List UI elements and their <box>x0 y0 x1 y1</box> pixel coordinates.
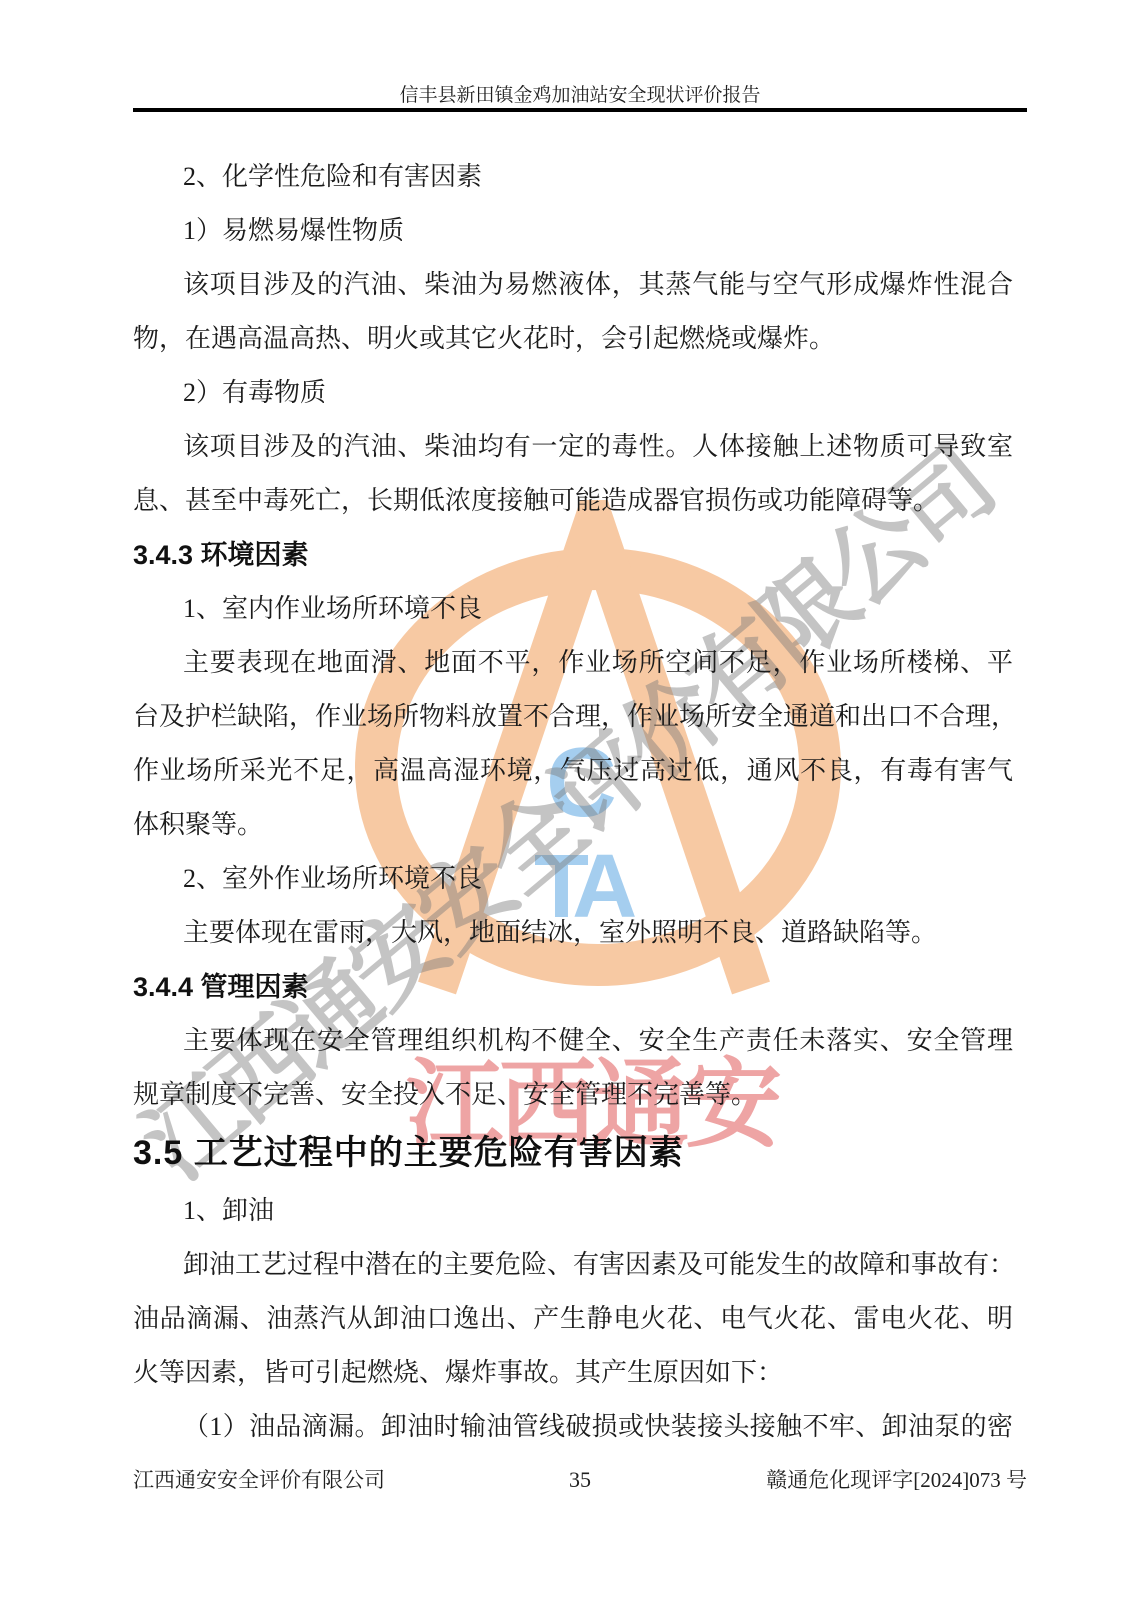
text-line: 台及护栏缺陷，作业场所物料放置不合理，作业场所安全通道和出口不合理， <box>133 690 1013 744</box>
text-line: 1、室内作业场所环境不良 <box>133 582 1013 636</box>
text-line: 2、化学性危险和有害因素 <box>133 150 1013 204</box>
text-line: 1、卸油 <box>133 1184 1013 1238</box>
text-line: 油品滴漏、油蒸汽从卸油口逸出、产生静电火花、电气火花、雷电火花、明 <box>133 1292 1013 1346</box>
text-line: 火等因素，皆可引起燃烧、爆炸事故。其产生原因如下： <box>133 1346 1013 1400</box>
text-line: 主要体现在安全管理组织机构不健全、安全生产责任未落实、安全管理 <box>133 1014 1013 1068</box>
footer-doc-number: 赣通危化现评字[2024]073 号 <box>766 1462 1027 1498</box>
text-line: 该项目涉及的汽油、柴油为易燃液体，其蒸气能与空气形成爆炸性混合 <box>133 258 1013 312</box>
text-line: 主要表现在地面滑、地面不平，作业场所空间不足，作业场所楼梯、平 <box>133 636 1013 690</box>
section-heading-3-5: 3.5 工艺过程中的主要危险有害因素 <box>133 1122 1013 1184</box>
body-text: 2、化学性危险和有害因素 1）易燃易爆性物质 该项目涉及的汽油、柴油为易燃液体，… <box>133 150 1013 1454</box>
text-line: 息、甚至中毒死亡，长期低浓度接触可能造成器官损伤或功能障碍等。 <box>133 474 1013 528</box>
page-footer: 江西通安安全评价有限公司 35 赣通危化现评字[2024]073 号 <box>133 1462 1027 1498</box>
text-line: 2、室外作业场所环境不良 <box>133 852 1013 906</box>
text-line: 2）有毒物质 <box>133 366 1013 420</box>
text-line: 规章制度不完善、安全投入不足、安全管理不完善等。 <box>133 1068 1013 1122</box>
header-rule <box>133 108 1027 112</box>
document-content: 信丰县新田镇金鸡加油站安全现状评价报告 2、化学性危险和有害因素 1）易燃易爆性… <box>0 0 1131 1600</box>
text-line: 作业场所采光不足，高温高湿环境，气压过高过低，通风不良，有毒有害气 <box>133 744 1013 798</box>
section-heading-3-4-3: 3.4.3 环境因素 <box>133 528 1013 582</box>
text-line: 体积聚等。 <box>133 798 1013 852</box>
text-line: 1）易燃易爆性物质 <box>133 204 1013 258</box>
section-heading-3-4-4: 3.4.4 管理因素 <box>133 960 1013 1014</box>
text-line: 主要体现在雷雨，大风，地面结冰，室外照明不良、道路缺陷等。 <box>133 906 1013 960</box>
text-line: 卸油工艺过程中潜在的主要危险、有害因素及可能发生的故障和事故有： <box>133 1238 1013 1292</box>
report-page: C TA 江西通安安全评价有限公司 江西通安 信丰县新田镇金鸡加油站安全现状评价… <box>0 0 1131 1600</box>
text-line: （1）油品滴漏。卸油时输油管线破损或快装接头接触不牢、卸油泵的密 <box>133 1400 1013 1454</box>
page-header-title: 信丰县新田镇金鸡加油站安全现状评价报告 <box>133 80 1027 107</box>
text-line: 物，在遇高温高热、明火或其它火花时，会引起燃烧或爆炸。 <box>133 312 1013 366</box>
text-line: 该项目涉及的汽油、柴油均有一定的毒性。人体接触上述物质可导致室 <box>133 420 1013 474</box>
